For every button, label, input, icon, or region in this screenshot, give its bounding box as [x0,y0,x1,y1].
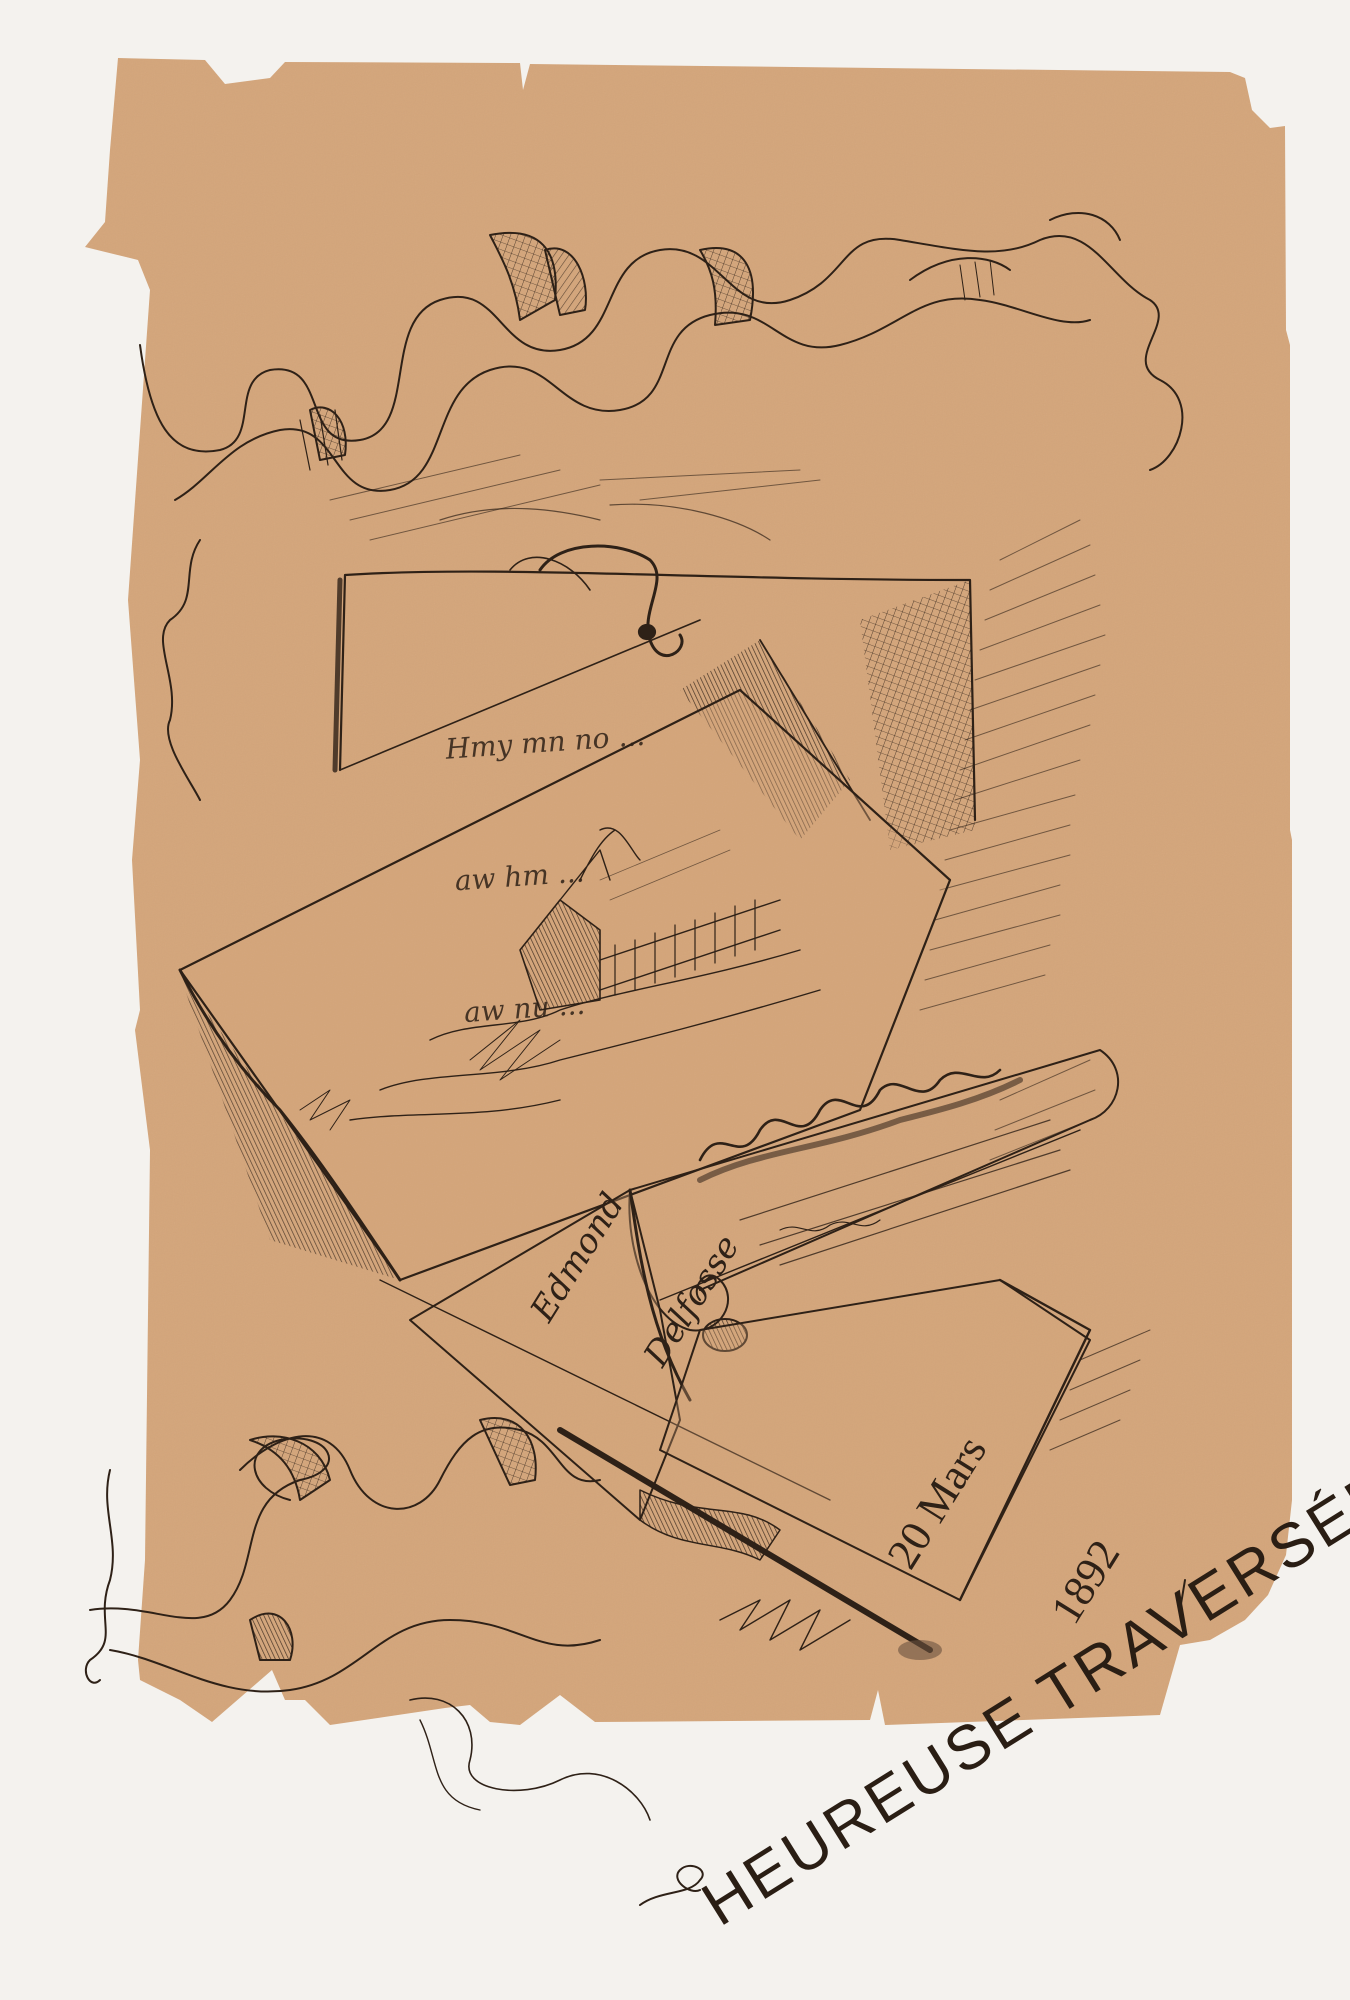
signature-last-name: Delfosse [625,1228,748,1392]
letter-line: Hmy mn no ... [444,714,646,772]
signature-first-name: Edmond [523,1165,646,1329]
artwork: Hmy mn no ... aw hm ... aw nu ... Edmond… [0,0,1350,2000]
letter-line: aw hm ... [453,846,655,904]
letter-handwriting: Hmy mn no ... aw hm ... aw nu ... [438,626,671,1123]
letter-line: aw nu ... [463,977,665,1035]
date-day-month: 20 Mars [875,1426,1000,1579]
